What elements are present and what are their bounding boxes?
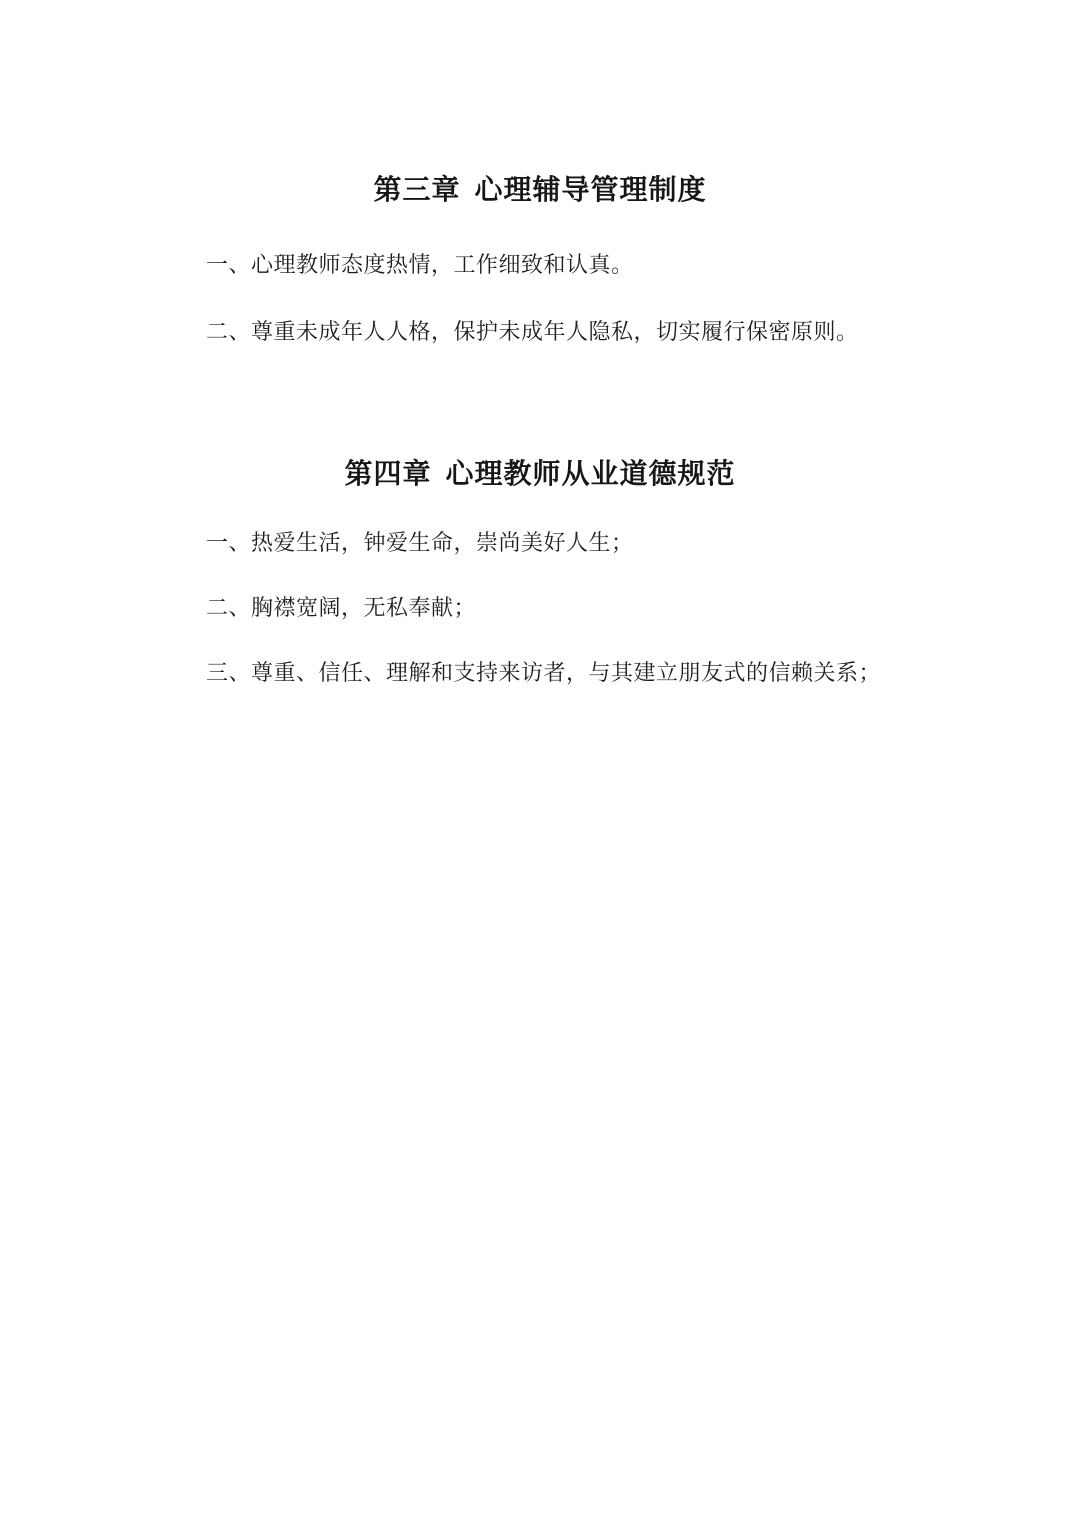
chapter-3-clause-2: 二、尊重未成年人人格，保护未成年人隐私，切实履行保密原则。 bbox=[206, 317, 960, 347]
chapter-3-heading: 第三章 心理辅导管理制度 bbox=[0, 172, 1080, 210]
chapter-3-clause-1: 一、心理教师态度热情，工作细致和认真。 bbox=[206, 250, 960, 280]
chapter-4-clause-2: 二、胸襟宽阔，无私奉献； bbox=[206, 593, 960, 623]
chapter-4-clause-1: 一、热爱生活，钟爱生命，崇尚美好人生； bbox=[206, 528, 960, 558]
document-page: 第三章 心理辅导管理制度 一、心理教师态度热情，工作细致和认真。 二、尊重未成年… bbox=[0, 0, 1080, 1527]
chapter-4-clause-3: 三、尊重、信任、理解和支持来访者，与其建立朋友式的信赖关系； bbox=[206, 658, 960, 688]
chapter-4-heading: 第四章 心理教师从业道德规范 bbox=[0, 456, 1080, 494]
